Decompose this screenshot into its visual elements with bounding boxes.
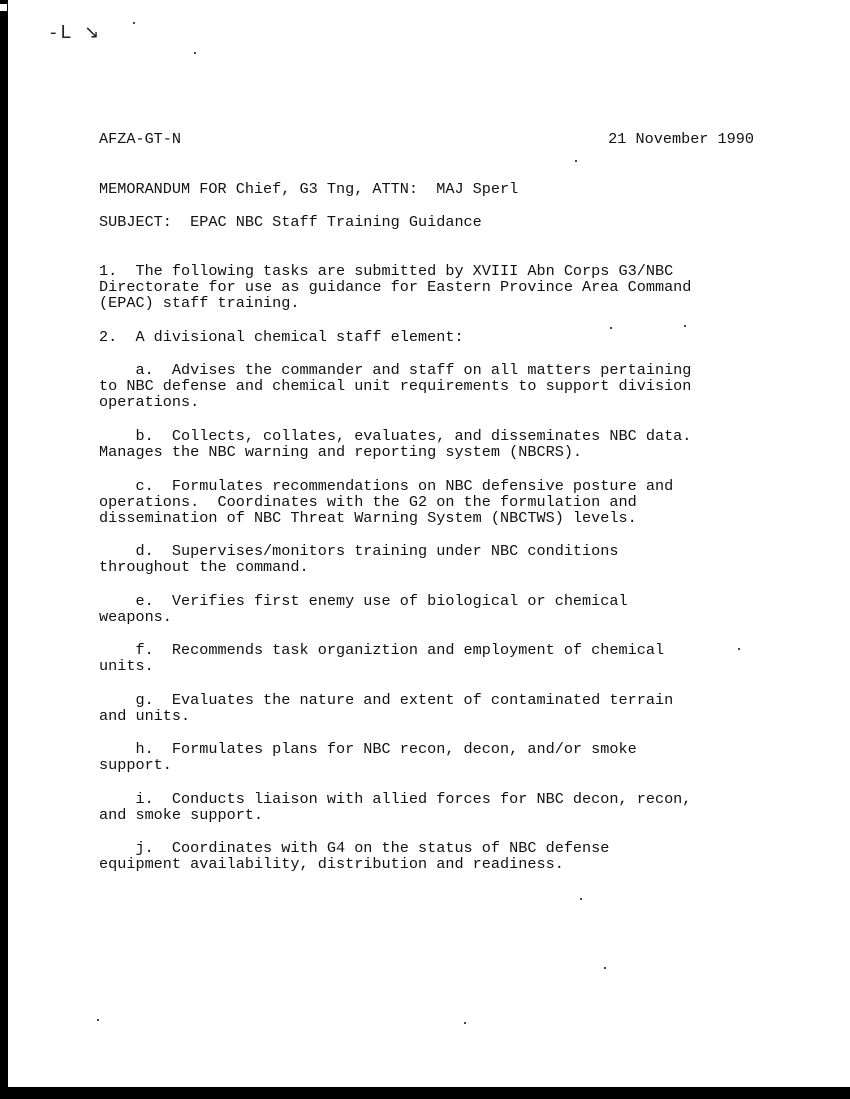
item-b-line-2: Manages the NBC warning and reporting sy… <box>99 444 582 460</box>
scan-speck <box>604 967 606 969</box>
memo-date: 21 November 1990 <box>608 131 754 147</box>
paragraph-2: 2. A divisional chemical staff element: <box>99 329 464 345</box>
scan-edge-left <box>0 0 8 1090</box>
item-a-line-1: a. Advises the commander and staff on al… <box>99 362 691 378</box>
paragraph-1-line-2: Directorate for use as guidance for East… <box>99 279 691 295</box>
item-i-line-1: i. Conducts liaison with allied forces f… <box>99 791 691 807</box>
item-c-line-3: dissemination of NBC Threat Warning Syst… <box>99 510 637 526</box>
item-b-line-1: b. Collects, collates, evaluates, and di… <box>99 428 691 444</box>
scan-edge-bottom <box>0 1087 850 1099</box>
subject-line: SUBJECT: EPAC NBC Staff Training Guidanc… <box>99 214 482 230</box>
item-j-line-1: j. Coordinates with G4 on the status of … <box>99 840 609 856</box>
memorandum-for: MEMORANDUM FOR Chief, G3 Tng, ATTN: MAJ … <box>99 181 518 197</box>
item-f-line-1: f. Recommends task organiztion and emplo… <box>99 642 664 658</box>
scan-notch <box>0 4 7 11</box>
office-symbol: AFZA-GT-N <box>99 131 181 147</box>
scan-speck <box>738 648 740 650</box>
paragraph-1-line-1: 1. The following tasks are submitted by … <box>99 263 673 279</box>
item-c-line-2: operations. Coordinates with the G2 on t… <box>99 494 637 510</box>
item-c-line-1: c. Formulates recommendations on NBC def… <box>99 478 673 494</box>
item-g-line-2: and units. <box>99 708 190 724</box>
scan-speck <box>580 898 582 900</box>
scan-speck <box>464 1022 466 1024</box>
scan-speck <box>610 327 612 329</box>
scan-speck <box>575 160 577 162</box>
item-e-line-2: weapons. <box>99 609 172 625</box>
item-d-line-2: throughout the command. <box>99 559 309 575</box>
item-e-line-1: e. Verifies first enemy use of biologica… <box>99 593 628 609</box>
scan-speck <box>97 1019 99 1021</box>
item-f-line-2: units. <box>99 658 154 674</box>
paragraph-1-line-3: (EPAC) staff training. <box>99 295 300 311</box>
item-h-line-1: h. Formulates plans for NBC recon, decon… <box>99 741 637 757</box>
item-i-line-2: and smoke support. <box>99 807 263 823</box>
handwritten-mark: -L ↘ <box>50 22 103 43</box>
scan-speck <box>684 325 686 327</box>
scan-speck <box>194 52 196 54</box>
item-a-line-3: operations. <box>99 394 199 410</box>
scan-speck <box>133 22 135 24</box>
item-g-line-1: g. Evaluates the nature and extent of co… <box>99 692 673 708</box>
item-h-line-2: support. <box>99 757 172 773</box>
item-j-line-2: equipment availability, distribution and… <box>99 856 564 872</box>
item-d-line-1: d. Supervises/monitors training under NB… <box>99 543 619 559</box>
item-a-line-2: to NBC defense and chemical unit require… <box>99 378 691 394</box>
